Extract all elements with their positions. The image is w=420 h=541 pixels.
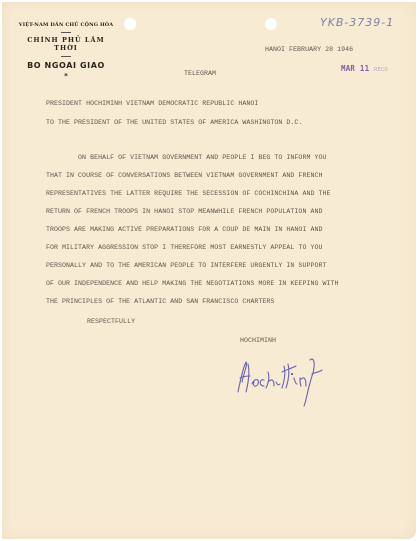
punch-hole-left	[124, 18, 136, 30]
body-line: RETURN OF FRENCH TROOPS IN HANOI STOP ME…	[46, 208, 322, 215]
signature-icon	[234, 350, 344, 410]
body-line: REPRESENTATIVES THE LATTER REQUIRE THE S…	[46, 190, 331, 197]
place-date: HANOI FEBRUARY 28 1946	[265, 46, 353, 53]
punch-hole-right	[265, 18, 277, 30]
body-line: PERSONALLY AND TO THE AMERICAN PEOPLE TO…	[46, 262, 326, 269]
letterhead-republic: VIỆT-NAM DÂN CHỦ CỘNG HÒA	[16, 22, 116, 28]
body-line: ON BEHALF OF VIETNAM GOVERNMENT AND PEOP…	[46, 154, 326, 161]
archive-reference-number: YKB-3739-1	[320, 16, 394, 29]
letterhead-divider	[61, 56, 71, 57]
body-line: THAT IN COURSE OF CONVERSATIONS BETWEEN …	[46, 172, 322, 179]
body-line: OF OUR INDEPENDENCE AND HELP MAKING THE …	[46, 280, 339, 287]
star-icon: *	[16, 72, 116, 80]
typed-signatory-name: HOCHIMINH	[240, 337, 276, 344]
telegram-document: VIỆT-NAM DÂN CHỦ CỘNG HÒA CHÍNH PHỦ LÂM …	[2, 2, 416, 539]
letterhead-ministry: BO NGOAI GIAO	[16, 61, 116, 70]
sender-address: PRESIDENT HOCHIMINH VIETNAM DEMOCRATIC R…	[46, 100, 258, 107]
body-line: FOR MILITARY AGGRESSION STOP I THEREFORE…	[46, 244, 322, 251]
received-stamp-date: MAR 11	[341, 64, 369, 73]
handwritten-signature	[234, 350, 344, 415]
received-stamp: MAR 11 RECD	[341, 64, 388, 73]
received-stamp-label: RECD	[374, 67, 388, 73]
document-type: TELEGRAM	[184, 70, 216, 77]
valediction: RESPECTFULLY	[87, 318, 135, 325]
letterhead: VIỆT-NAM DÂN CHỦ CỘNG HÒA CHÍNH PHỦ LÂM …	[16, 22, 116, 80]
body-line: TROOPS ARE MAKING ACTIVE PREPARATIONS FO…	[46, 226, 322, 233]
body-line: THE PRINCIPLES OF THE ATLANTIC AND SAN F…	[46, 298, 274, 305]
letterhead-government: CHÍNH PHỦ LÂM THỜI	[16, 36, 116, 52]
recipient-address: TO THE PRESIDENT OF THE UNITED STATES OF…	[46, 119, 302, 126]
letterhead-divider	[61, 32, 71, 33]
